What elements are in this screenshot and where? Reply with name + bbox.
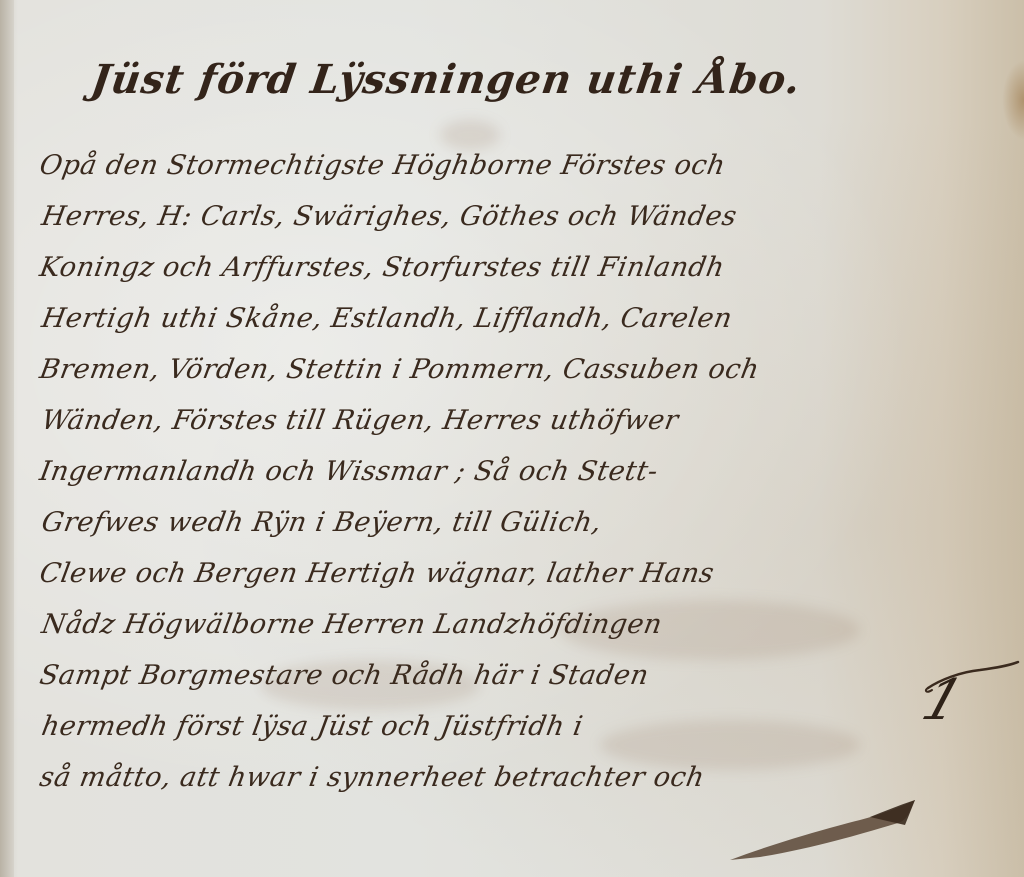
- document-title: Jüst förd Lÿssningen uthi Åbo.: [83, 40, 907, 140]
- manuscript-line: Ingermanlandh och Wissmar ; Så och Stett…: [36, 446, 905, 497]
- manuscript-line: Hertigh uthi Skåne, Estlandh, Lifflandh,…: [36, 293, 905, 344]
- ink-smudge-icon: [720, 795, 920, 865]
- paper-stain: [1002, 60, 1024, 140]
- manuscript-line: hermedh först lÿsa Jüst och Jüstfridh i: [36, 701, 905, 752]
- manuscript-page: Jüst förd Lÿssningen uthi Åbo. Opå den S…: [0, 0, 1024, 877]
- manuscript-line: Nådz Högwälborne Herren Landzhöfdingen: [36, 599, 905, 650]
- manuscript-line: Koningz och Arffurstes, Storfurstes till…: [36, 242, 905, 293]
- manuscript-line: Herres, H: Carls, Swärighes, Göthes och …: [36, 191, 905, 242]
- manuscript-line: Opå den Stormechtigste Höghborne Förstes…: [36, 140, 905, 191]
- manuscript-lines: Opå den Stormechtigste Höghborne Förstes…: [40, 140, 900, 803]
- manuscript-line: Sampt Borgmestare och Rådh här i Staden: [36, 650, 905, 701]
- manuscript-text-block: Jüst förd Lÿssningen uthi Åbo. Opå den S…: [40, 40, 900, 803]
- manuscript-line: Bremen, Vörden, Stettin i Pommern, Cassu…: [36, 344, 905, 395]
- manuscript-line: Grefwes wedh Rÿn i Beÿern, till Gülich,: [36, 497, 905, 548]
- binding-edge: [0, 0, 14, 877]
- manuscript-line: Wänden, Förstes till Rügen, Herres uthöf…: [36, 395, 905, 446]
- manuscript-line: Clewe och Bergen Hertigh wägnar, lather …: [36, 548, 905, 599]
